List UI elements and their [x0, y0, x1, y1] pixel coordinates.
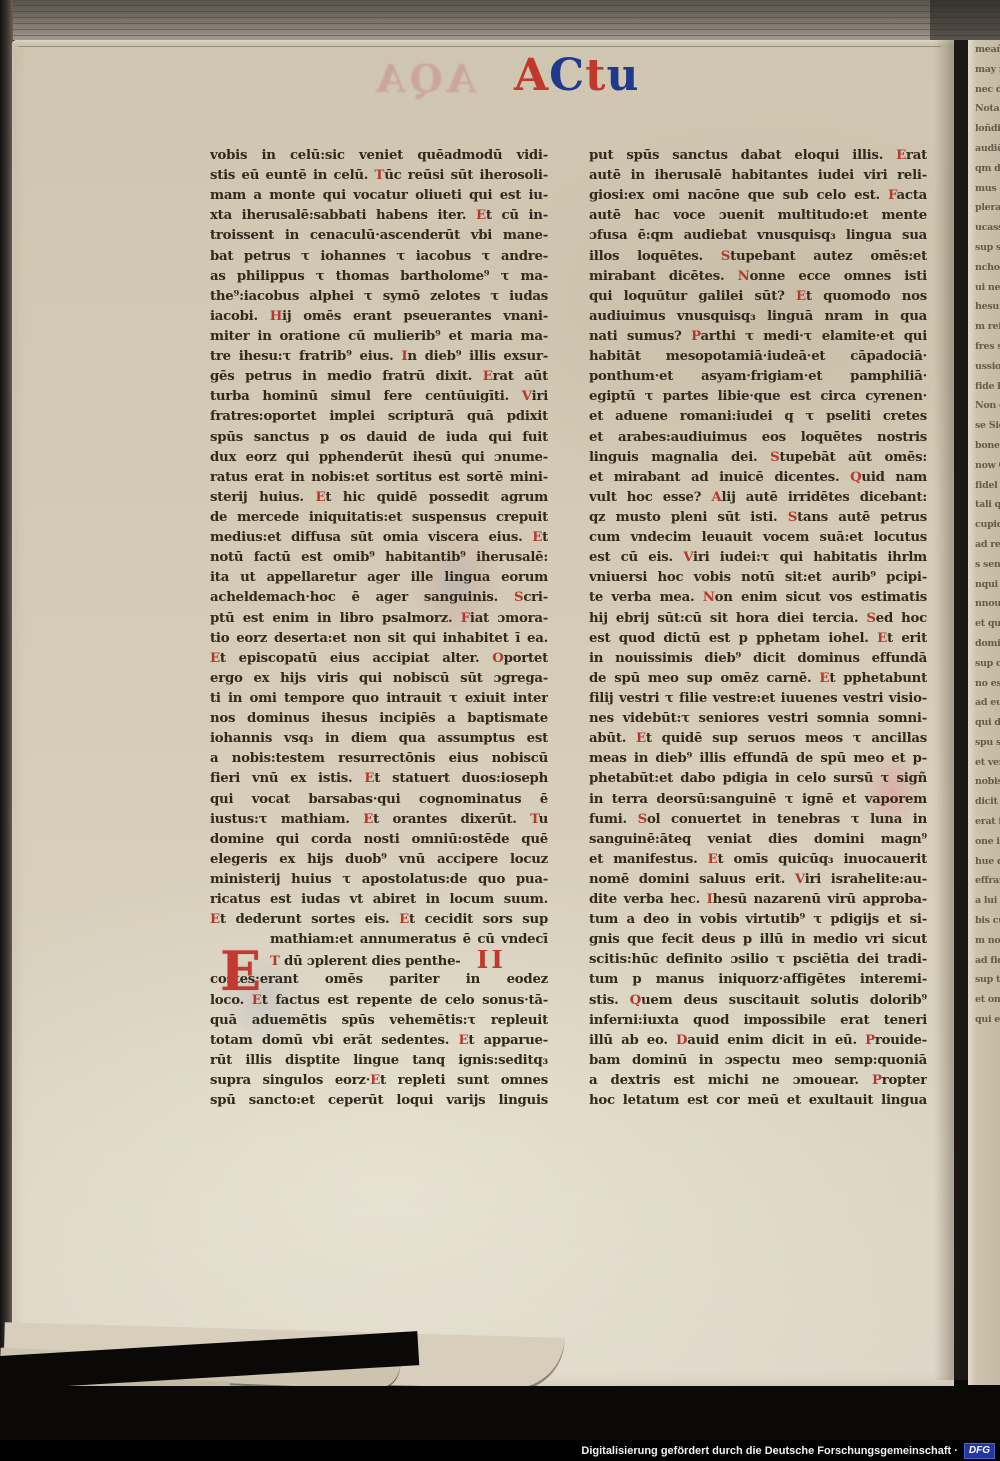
text-line: put spūs sanctus dabat eloqui illis. Era… [589, 146, 927, 166]
text-line: tum a deo in vobis virtutib⁹ τ pdigijs e… [589, 910, 927, 930]
text-line: m noui [968, 931, 1000, 951]
text-line: nqui a [968, 575, 1000, 595]
text-line: dite verba hec. Ihesū nazarenū virū appr… [589, 890, 927, 910]
text-line: gnis que fecit deus p illū in medio vri … [589, 930, 927, 950]
text-line: mus ē [968, 179, 1000, 199]
text-line: medius:et diffusa sūt omia viscera eius.… [210, 528, 548, 548]
text-line: nes videbūt:τ seniores vestri somnia som… [589, 709, 927, 729]
text-line: as philippus τ thomas bartholome⁹ τ ma- [210, 267, 548, 287]
text-line: inferni:iuxta quod impossibile erat tene… [589, 1011, 927, 1031]
text-line: rūt illis disptite lingue tanq ignis:sed… [210, 1051, 548, 1071]
text-line: meañ [968, 40, 1000, 60]
text-line: stis eū euntē in celū. Tūc reūsi sūt ihe… [210, 166, 548, 186]
text-line: autē hac voce ɔuenit multitudo:et mente [589, 206, 927, 226]
text-line: ergo ex hijs viris qui nobiscū sūt ɔgreg… [210, 669, 548, 689]
text-line: erat i [968, 812, 1000, 832]
text-line: qui di [968, 713, 1000, 733]
text-line: ptū est enim in libro psalmorz. Fiat ɔmo… [210, 609, 548, 629]
text-line: filij vestri τ filie vestre:et iuuenes v… [589, 689, 927, 709]
text-line: nec da [968, 80, 1000, 100]
text-line: qm de [968, 159, 1000, 179]
text-line: a nobis:testem resurrectōnis eius nobisc… [210, 749, 548, 769]
gutter-crease [934, 40, 970, 1380]
text-line: scitis:hūc definito ɔsilio τ psciētia de… [589, 950, 927, 970]
text-line: quā aduemētis spūs vehemētis:τ repleuit [210, 1011, 548, 1031]
text-line: hue q [968, 852, 1000, 872]
top-edge-shadow [930, 0, 1000, 40]
text-line: qui loquūtur galilei sūt? Et quomodo nos [589, 287, 927, 307]
text-line: vult hoc esse? Alij autē irridētes diceb… [589, 488, 927, 508]
text-line: fieri vnū ex istis. Et statuert duos:ios… [210, 769, 548, 789]
text-line: hesu p [968, 297, 1000, 317]
text-line: ad reli [968, 535, 1000, 555]
text-line: fide bo [968, 377, 1000, 397]
text-line: hoc letatum est cor meū et exultauit lin… [589, 1091, 927, 1111]
credit-text: Digitalisierung gefördert durch die Deut… [581, 1445, 958, 1457]
title-letter: A [514, 50, 549, 101]
text-line: audiē [968, 139, 1000, 159]
text-line: sup om [968, 654, 1000, 674]
text-line: et arabes:audiuimus eos loquētes nostris [589, 428, 927, 448]
text-line: et mirabant ad inuicē dicentes. Quid nam [589, 468, 927, 488]
text-line: totam domū vbi erāt sedentes. Et apparue… [210, 1031, 548, 1051]
text-line: one il [968, 832, 1000, 852]
text-line: cum vndecim leuauit vocem suā:et locutus [589, 528, 927, 548]
text-line: mirabant dicētes. Nonne ecce omnes isti [589, 267, 927, 287]
text-line: Nota [968, 99, 1000, 119]
text-line: ad fid [968, 951, 1000, 971]
text-line: s sentr [968, 555, 1000, 575]
text-line: nobis [968, 772, 1000, 792]
text-line: sanguinē:āteq veniat dies domini magn⁹ [589, 830, 927, 850]
text-line: et qui [968, 614, 1000, 634]
text-line: giosi:ex omi nacōne que sub celo est. Fa… [589, 186, 927, 206]
text-line: ui neq [968, 278, 1000, 298]
text-line: miter in oratione cū mulierib⁹ et maria … [210, 327, 548, 347]
text-line: ratus erat in nobis:et sortitus est sort… [210, 468, 548, 488]
text-line: et manifestus. Et omīs quicūq₃ inuocauer… [589, 850, 927, 870]
text-line: te verba mea. Non enim sicut vos estimat… [589, 588, 927, 608]
text-line: ti in omi tempore quo intrauit τ exiuit … [210, 689, 548, 709]
text-line: fres su [968, 337, 1000, 357]
text-line: qui vocat barsabas·qui cognominatus ē [210, 790, 548, 810]
text-line: mam a monte qui vocatur oliueti qui est … [210, 186, 548, 206]
text-column-right: put spūs sanctus dabat eloqui illis. Era… [589, 146, 927, 1114]
text-line: may n [968, 60, 1000, 80]
text-line: in nouissimis dieb⁹ dicit dominus effund… [589, 649, 927, 669]
text-line: ita ut appellaretur ager ille lingua eor… [210, 568, 548, 588]
text-line: bis cu [968, 911, 1000, 931]
running-title-showthrough: AQA [372, 56, 476, 101]
text-line: a dextris est michi ne ɔmouear. Propter [589, 1071, 927, 1091]
text-line: ɔfusa ē:qm audiebat vnusquisq₃ lingua su… [589, 226, 927, 246]
digitization-credit-bar: Digitalisierung gefördert durch die Deut… [0, 1440, 1000, 1461]
running-title-actu: ACtu [514, 50, 640, 101]
text-line: gēs petrus in medio fratrū dixit. Erat a… [210, 367, 548, 387]
text-line: habitāt mesopotamiā·iudeā·et cāpadociā· [589, 347, 927, 367]
title-letter: u [607, 50, 640, 101]
text-line: bam dominū in ɔspectu meo semp:quoniā [589, 1051, 927, 1071]
text-line: et aduene romani:iudei q τ pseliti crete… [589, 407, 927, 427]
text-line: fumi. Sol conuertet in tenebras τ luna i… [589, 810, 927, 830]
text-line: spu s [968, 733, 1000, 753]
text-line: se Sic [968, 416, 1000, 436]
text-line: nos dominus ihesus incipiēs a baptismate [210, 709, 548, 729]
next-page-edge: meañmay nnec daNotaloñdiaudiēqm demus ēp… [968, 40, 1000, 1385]
text-line: et om [968, 990, 1000, 1010]
text-line: linguis magnalia dei. Stupebāt aūt omēs: [589, 448, 927, 468]
text-line: tio eorz deserta:et non sit qui inhabite… [210, 629, 548, 649]
text-line: stis. Quem deus suscitauit solutis dolor… [589, 991, 927, 1011]
text-line: sup sed [968, 238, 1000, 258]
text-line: tali qu [968, 495, 1000, 515]
dfg-logo: DFG [964, 1443, 995, 1459]
text-line: ponthum·et asyam·frigiam·et pamphiliā· [589, 367, 927, 387]
text-line: nati sumus? Parthi τ medi·τ elamite·et q… [589, 327, 927, 347]
text-line: Et episcopatū eius accipiat alter. Oport… [210, 649, 548, 669]
text-line: est quod dictū est p pphetam iohel. Et e… [589, 629, 927, 649]
text-line: illos loquētes. Stupebant autez omēs:et [589, 247, 927, 267]
text-line: now C [968, 456, 1000, 476]
text-line: acheldemach·hoc ē ager sanguinis. Scri- [210, 588, 548, 608]
text-line: de spū meo sup omēz carnē. Et pphetabunt [589, 669, 927, 689]
text-line: turba hominū simul fere centūuigīti. Vir… [210, 387, 548, 407]
text-line: bone p [968, 436, 1000, 456]
text-line: qz musto pleni sūt isti. Stans autē petr… [589, 508, 927, 528]
text-line: egiptū τ partes libie·que est circa cyre… [589, 387, 927, 407]
text-column-left: E vobis in celū:sic veniet quēadmodū vid… [210, 146, 548, 1114]
text-line: Non cr [968, 396, 1000, 416]
text-line: sup tr [968, 970, 1000, 990]
text-line: tre ihesu:τ fratrib⁹ eius. In dieb⁹ illi… [210, 347, 548, 367]
text-line: sterij huius. Et hic quidē possedit agru… [210, 488, 548, 508]
text-line: a lui [968, 891, 1000, 911]
text-line: iustus:τ mathiam. Et orantes dixerūt. Tu [210, 810, 548, 830]
text-line: spūs sanctus p os dauid de iuda qui fuit [210, 428, 548, 448]
text-line: plera [968, 198, 1000, 218]
text-line: autē in iherusalē habitantes iudei viri … [589, 166, 927, 186]
text-line: dux eorz qui pphenderūt ihesū qui ɔnume- [210, 448, 548, 468]
text-line: fratres:oportet implei scripturā quā pdi… [210, 407, 548, 427]
text-line: ad eu [968, 693, 1000, 713]
title-letter: C [549, 50, 585, 101]
text-line: m rei [968, 317, 1000, 337]
text-line: ricatus est iudas vt abiret in locum suu… [210, 890, 548, 910]
text-line: illū ab eo. Dauid enim dicit in eū. Prou… [589, 1031, 927, 1051]
text-line: xta iherusalē:sabbati habens iter. Et cū… [210, 206, 548, 226]
text-line: est cū eis. Viri iudei:τ qui habitatis i… [589, 548, 927, 568]
text-line: nnoui [968, 594, 1000, 614]
page-top-crease [18, 46, 941, 47]
text-line: audiuimus vnusquisq₃ linguā nram in qua [589, 307, 927, 327]
book-top-page-edges [0, 0, 1000, 40]
text-line: abūt. Et quidē sup seruos meos τ ancilla… [589, 729, 927, 749]
text-line: in terra deorsū:sanguinē τ ignē et vapor… [589, 790, 927, 810]
text-line: supra singulos eorz·Et repleti sunt omne… [210, 1071, 548, 1091]
text-line: cupid [968, 515, 1000, 535]
text-line: ucasset [968, 218, 1000, 238]
text-line: qui er [968, 1010, 1000, 1030]
text-line: elegeris ex hijs duob⁹ vnū accipere locu… [210, 850, 548, 870]
text-line: ministerij huius τ apostolatus:de quo pu… [210, 870, 548, 890]
text-line: notū factū est omib⁹ habitantib⁹ iherusa… [210, 548, 548, 568]
text-line: nchon [968, 258, 1000, 278]
text-line: iohannis vsq₃ in diem qua assumptus est [210, 729, 548, 749]
text-line: nomē domini saluus erit. Viri israhelite… [589, 870, 927, 890]
text-line: vobis in celū:sic veniet quēadmodū vidi- [210, 146, 548, 166]
text-line: Et dederunt sortes eis. Et cecidit sors … [210, 910, 548, 930]
text-line: troissent in cenaculū·ascenderūt vbi man… [210, 226, 548, 246]
digitized-manuscript-scan: AQA ACtu E vobis in celū:sic veniet quēa… [0, 0, 1000, 1461]
text-line: et ver [968, 753, 1000, 773]
text-line: iacobi. Hij omēs erant pseuerantes vnani… [210, 307, 548, 327]
text-line: tum p manus iniquorz·affigētes interemi- [589, 970, 927, 990]
text-line: effrang [968, 871, 1000, 891]
text-line: fidel c [968, 476, 1000, 496]
text-line: spū sancto:et ceperūt loqui varijs lingu… [210, 1091, 548, 1111]
text-line: domin [968, 634, 1000, 654]
text-line: vniuersi hoc vobis notū sit:et aurib⁹ pc… [589, 568, 927, 588]
title-letter: t [585, 50, 606, 101]
chapter-initial-letter: E [220, 950, 272, 994]
text-line: the⁹:iacobus alphei τ symō zelotes τ iud… [210, 287, 548, 307]
bottom-shadow [0, 1386, 1000, 1440]
text-line: no est [968, 674, 1000, 694]
text-line: loñdi [968, 119, 1000, 139]
text-line: phetabūt:et dabo pdigia in celo sursū τ … [589, 769, 927, 789]
text-line: domine qui corda nosti omniū:ostēde quē [210, 830, 548, 850]
text-line: ussion [968, 357, 1000, 377]
text-line: de mercede iniquitatis:et suspensus crep… [210, 508, 548, 528]
text-line: meas in dieb⁹ illis effundā de spū meo e… [589, 749, 927, 769]
text-line: bat petrus τ iohannes τ iacobus τ andre- [210, 247, 548, 267]
text-line: hij ebrij sūt:cū sit hora diei tercia. S… [589, 609, 927, 629]
text-line: dicit [968, 792, 1000, 812]
